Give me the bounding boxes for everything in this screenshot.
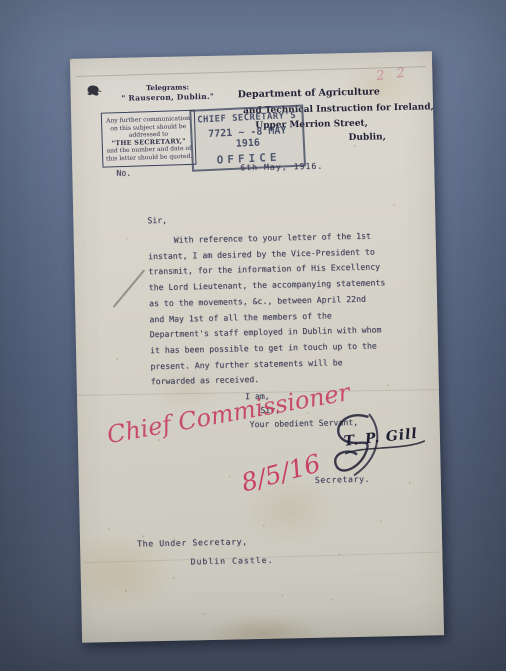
stamp-office-name: CHIEF SECRETARY'S — [194, 111, 300, 126]
crease-line — [113, 270, 145, 308]
secretary-title: Secretary. — [315, 474, 370, 485]
stamp-number-date: 7721 ~ -8 MAY 1916 — [194, 124, 301, 151]
salutation: Sir, — [147, 215, 167, 225]
telegrams-block: Telegrams: " Rauseron, Dublin." — [108, 82, 226, 104]
letter-document: Telegrams: " Rauseron, Dublin." Any furt… — [70, 51, 444, 642]
annotation-chief-commissioner: Chief Commissioner — [105, 378, 352, 449]
crease-line — [76, 66, 426, 77]
ink-blot — [86, 84, 99, 96]
letterhead-line-1: Department of Agriculture — [238, 86, 380, 100]
annotation-red-date: 8/5/16 — [238, 448, 323, 497]
age-speckles — [70, 59, 72, 61]
addressee-line-1: The Under Secretary, — [137, 536, 248, 548]
letterhead-line-4: Dublin, — [349, 132, 386, 143]
addressee-line-2: Dublin Castle. — [190, 555, 273, 567]
telegraphic-address: " Rauseron, Dublin." — [109, 92, 227, 104]
reference-number-label: No. — [116, 168, 131, 178]
letter-date: 6th May, 1916. — [240, 161, 323, 173]
photo-backdrop: Telegrams: " Rauseron, Dublin." Any furt… — [0, 0, 506, 671]
notice-line: this letter should be quoted. — [105, 153, 193, 163]
page-mark: 2 2 — [376, 65, 410, 84]
notice-box: Any further communication on this subjec… — [101, 110, 197, 167]
letter-body: With reference to your letter of the 1st… — [148, 228, 388, 390]
